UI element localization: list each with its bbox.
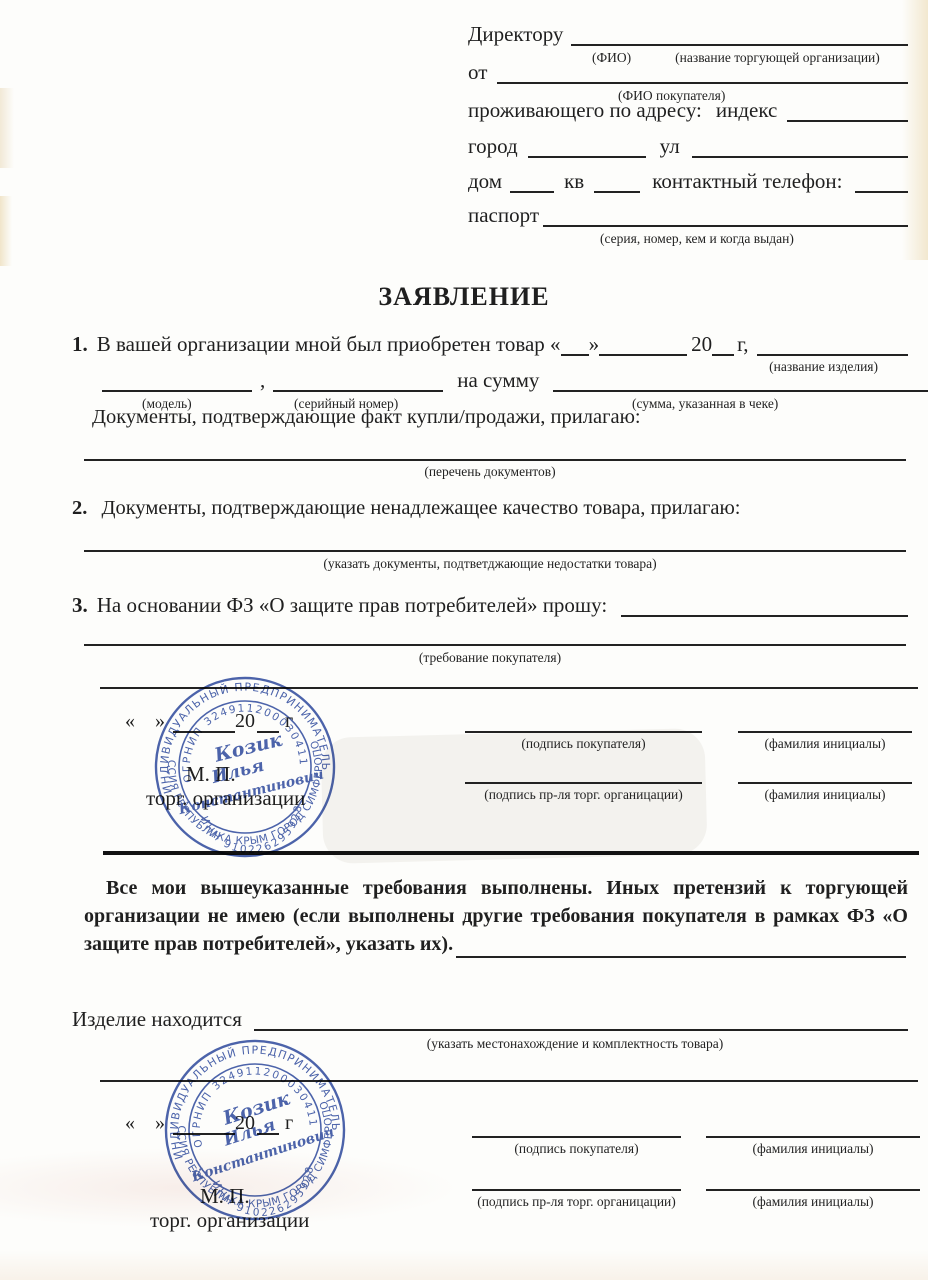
- address-label: проживающего по адресу:: [468, 97, 702, 123]
- location-blank: [254, 1027, 908, 1031]
- house-blank-line: [510, 189, 554, 193]
- section3-blank-line: [84, 644, 906, 646]
- section1-intro: В вашей организации мной был приобретен …: [97, 331, 561, 357]
- section1-line1: 1. В вашей организации мной был приобрет…: [72, 329, 908, 357]
- section2-caption: (указать документы, подтветджающие недос…: [323, 556, 656, 571]
- sig2-org-name-caption-cell: (фамилия инициалы): [706, 1194, 920, 1210]
- from-blank-line: [497, 80, 908, 84]
- header-row-from: от: [468, 57, 908, 85]
- sig1-quote-open: «: [125, 708, 135, 734]
- index-blank-line: [787, 118, 908, 122]
- section1-year-suffix: г,: [737, 331, 749, 357]
- purchase-year-blank: [712, 352, 734, 356]
- name-caption: (фамилия инициалы): [752, 1141, 873, 1156]
- section3-text: На основании ФЗ «О защите прав потребите…: [97, 592, 607, 618]
- sig2-quote-open: «: [125, 1110, 135, 1136]
- serial-blank: [273, 388, 443, 392]
- docs-list-blank-line: [84, 459, 906, 461]
- section2-number: 2.: [72, 497, 87, 519]
- sig1-buyer-sign-caption-cell: (подпись покупателя): [465, 736, 702, 752]
- director-blank-line: [571, 42, 908, 46]
- section1-line2: , на сумму: [72, 367, 928, 393]
- model-blank: [102, 388, 252, 392]
- section1-docs-text: Документы, подтверждающие факт купли/про…: [72, 406, 928, 429]
- closing-paragraph: Все мои вышеуказанные требования выполне…: [84, 874, 908, 958]
- index-label: индекс: [716, 97, 777, 123]
- name-caption: (фамилия инициалы): [764, 736, 885, 751]
- scan-edge-tint-left-upper: [0, 88, 14, 168]
- docs-caption-row: (перечень документов): [72, 464, 908, 480]
- item-name-blank: [757, 352, 908, 356]
- sig2-org-sign-line: [472, 1189, 681, 1191]
- name-caption: (фамилия инициалы): [764, 787, 885, 802]
- section2-text: Документы, подтверждающие ненадлежащее к…: [102, 497, 741, 519]
- section1-number: 1.: [72, 331, 88, 357]
- phone-blank-line: [855, 189, 908, 193]
- section1-comma: ,: [260, 367, 265, 393]
- location-label: Изделие находится: [72, 1006, 242, 1032]
- sum-label: на сумму: [457, 367, 539, 393]
- street-blank-line: [692, 154, 908, 158]
- sig1-buyer-sign-line: [465, 731, 702, 733]
- purchase-day-blank: [561, 352, 589, 356]
- sig1-org-name-line: [738, 782, 912, 784]
- flat-label: кв: [564, 168, 584, 194]
- sig2-buyer-sign-line: [472, 1136, 681, 1138]
- sum-blank: [553, 388, 928, 392]
- demand-blank: [621, 613, 908, 617]
- entrepreneur-round-stamp-bottom: * ИНДИВИДУАЛЬНЫЙ ПРЕДПРИНИМАТЕЛЬ * РОССИ…: [162, 1037, 348, 1223]
- docs-text: Документы, подтверждающие факт купли/про…: [92, 406, 641, 428]
- entrepreneur-round-stamp-top: * ИНДИВИДУАЛЬНЫЙ ПРЕДПРИНИМАТЕЛЬ * РОССИ…: [152, 674, 338, 860]
- passport-blank-line: [543, 223, 908, 227]
- header-row-passport: паспорт: [468, 200, 908, 228]
- city-label: город: [468, 133, 518, 159]
- header-row-city: город ул: [468, 131, 908, 159]
- buyer-sign-caption: (подпись покупателя): [521, 736, 645, 751]
- from-label: от: [468, 59, 487, 85]
- org-sign-caption: (подпись пр-ля торг. органицации): [484, 787, 683, 802]
- page-title: ЗАЯВЛЕНИЕ: [0, 282, 928, 312]
- org-sign-caption: (подпись пр-ля торг. органицации): [477, 1194, 676, 1209]
- section3-caption: (требование покупателя): [419, 650, 561, 665]
- sig1-buyer-name-line: [738, 731, 912, 733]
- flat-blank-line: [594, 189, 640, 193]
- sig2-org-sign-caption-cell: (подпись пр-ля торг. органицации): [472, 1194, 681, 1210]
- house-label: дом: [468, 168, 502, 194]
- scanned-claim-form-page: Директору (ФИО) (название торгующей орга…: [0, 0, 928, 1280]
- location-caption-cell: (указать местонахождение и комплектность…: [275, 1036, 875, 1052]
- passport-caption: (серия, номер, кем и когда выдан): [600, 231, 794, 246]
- section1-year-prefix: 20: [691, 331, 712, 357]
- sig1-org-sign-caption-cell: (подпись пр-ля торг. органицации): [465, 787, 702, 803]
- city-blank-line: [528, 154, 646, 158]
- scan-edge-tint-left: [0, 196, 12, 266]
- purchase-month-blank: [599, 352, 687, 356]
- closing-text: Все мои вышеуказанные требования выполне…: [84, 877, 908, 955]
- section2-caption-row: (указать документы, подтветджающие недос…: [72, 556, 908, 572]
- header-row-director: Директору: [468, 19, 908, 47]
- buyer-sign-caption: (подпись покупателя): [514, 1141, 638, 1156]
- header-caption-row-3: (серия, номер, кем и когда выдан): [468, 231, 908, 247]
- sig2-org-name-line: [706, 1189, 920, 1191]
- section2-blank-line: [84, 550, 906, 552]
- sig1-buyer-name-caption-cell: (фамилия инициалы): [738, 736, 912, 752]
- section2-row: 2. Документы, подтверждающие ненадлежаще…: [72, 497, 908, 520]
- passport-label: паспорт: [468, 202, 539, 228]
- name-caption: (фамилия инициалы): [752, 1194, 873, 1209]
- location-caption: (указать местонахождение и комплектность…: [427, 1036, 724, 1051]
- section3-number: 3.: [72, 592, 88, 618]
- header-block: Директору (ФИО) (название торгующей орга…: [468, 16, 908, 266]
- header-row-address: проживающего по адресу: индекс: [468, 95, 908, 123]
- scan-bottom-strip: [0, 1250, 928, 1280]
- section3-row: 3. На основании ФЗ «О защите прав потреб…: [72, 592, 908, 618]
- street-label: ул: [660, 133, 680, 159]
- sig2-buyer-name-caption-cell: (фамилия инициалы): [706, 1141, 920, 1157]
- location-row: Изделие находится: [72, 1006, 908, 1032]
- sig1-org-sign-line: [465, 782, 702, 784]
- sig2-buyer-name-line: [706, 1136, 920, 1138]
- phone-label: контактный телефон:: [652, 168, 842, 194]
- director-label: Директору: [468, 21, 563, 47]
- closing-blank-line: [456, 956, 906, 958]
- docs-caption: (перечень документов): [424, 464, 555, 479]
- sig1-org-name-caption-cell: (фамилия инициалы): [738, 787, 912, 803]
- sig2-buyer-sign-caption-cell: (подпись покупателя): [472, 1141, 681, 1157]
- section1-quote-close: »: [589, 331, 600, 357]
- header-row-house: дом кв контактный телефон:: [468, 166, 908, 194]
- section3-caption-row: (требование покупателя): [72, 650, 908, 666]
